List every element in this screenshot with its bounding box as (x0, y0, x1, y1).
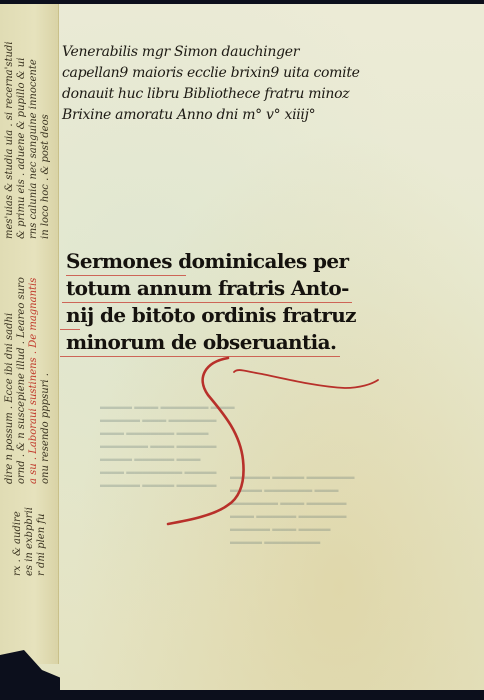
red-flourish-icon (0, 0, 484, 700)
